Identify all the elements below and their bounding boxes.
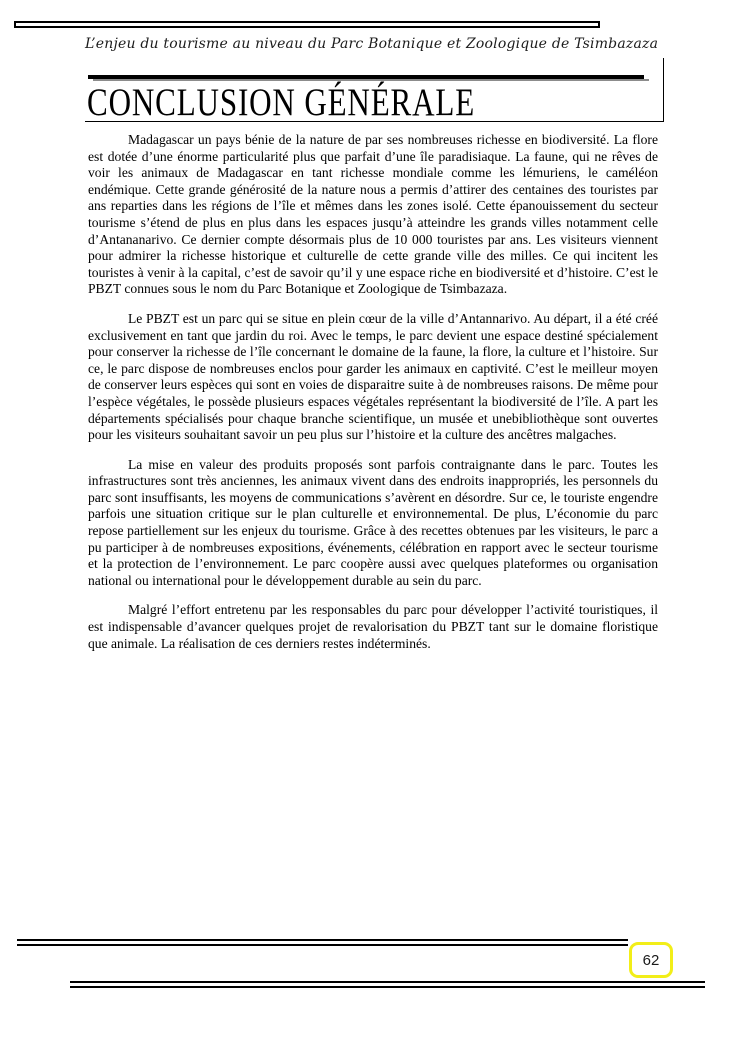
paragraph-3: La mise en valeur des produits proposés … [88, 457, 658, 590]
title-box-right-rule [663, 58, 664, 122]
running-header: L’enjeu du tourisme au niveau du Parc Bo… [85, 35, 658, 53]
title-box-bottom-rule [85, 121, 664, 122]
paragraph-1: Madagascar un pays bénie de la nature de… [88, 132, 658, 298]
document-page: L’enjeu du tourisme au niveau du Parc Bo… [0, 0, 745, 1053]
footer-rule-upper [17, 939, 628, 946]
page-number: 62 [643, 952, 660, 969]
top-border-rule [14, 21, 600, 28]
paragraph-4: Malgré l’effort entretenu par les respon… [88, 602, 658, 652]
body-text: Madagascar un pays bénie de la nature de… [88, 132, 658, 665]
paragraph-2: Le PBZT est un parc qui se situe en plei… [88, 311, 658, 444]
page-title: CONCLUSION GÉNÉRALE [87, 82, 475, 124]
footer-rule-lower [70, 981, 705, 988]
page-number-badge: 62 [629, 942, 673, 978]
